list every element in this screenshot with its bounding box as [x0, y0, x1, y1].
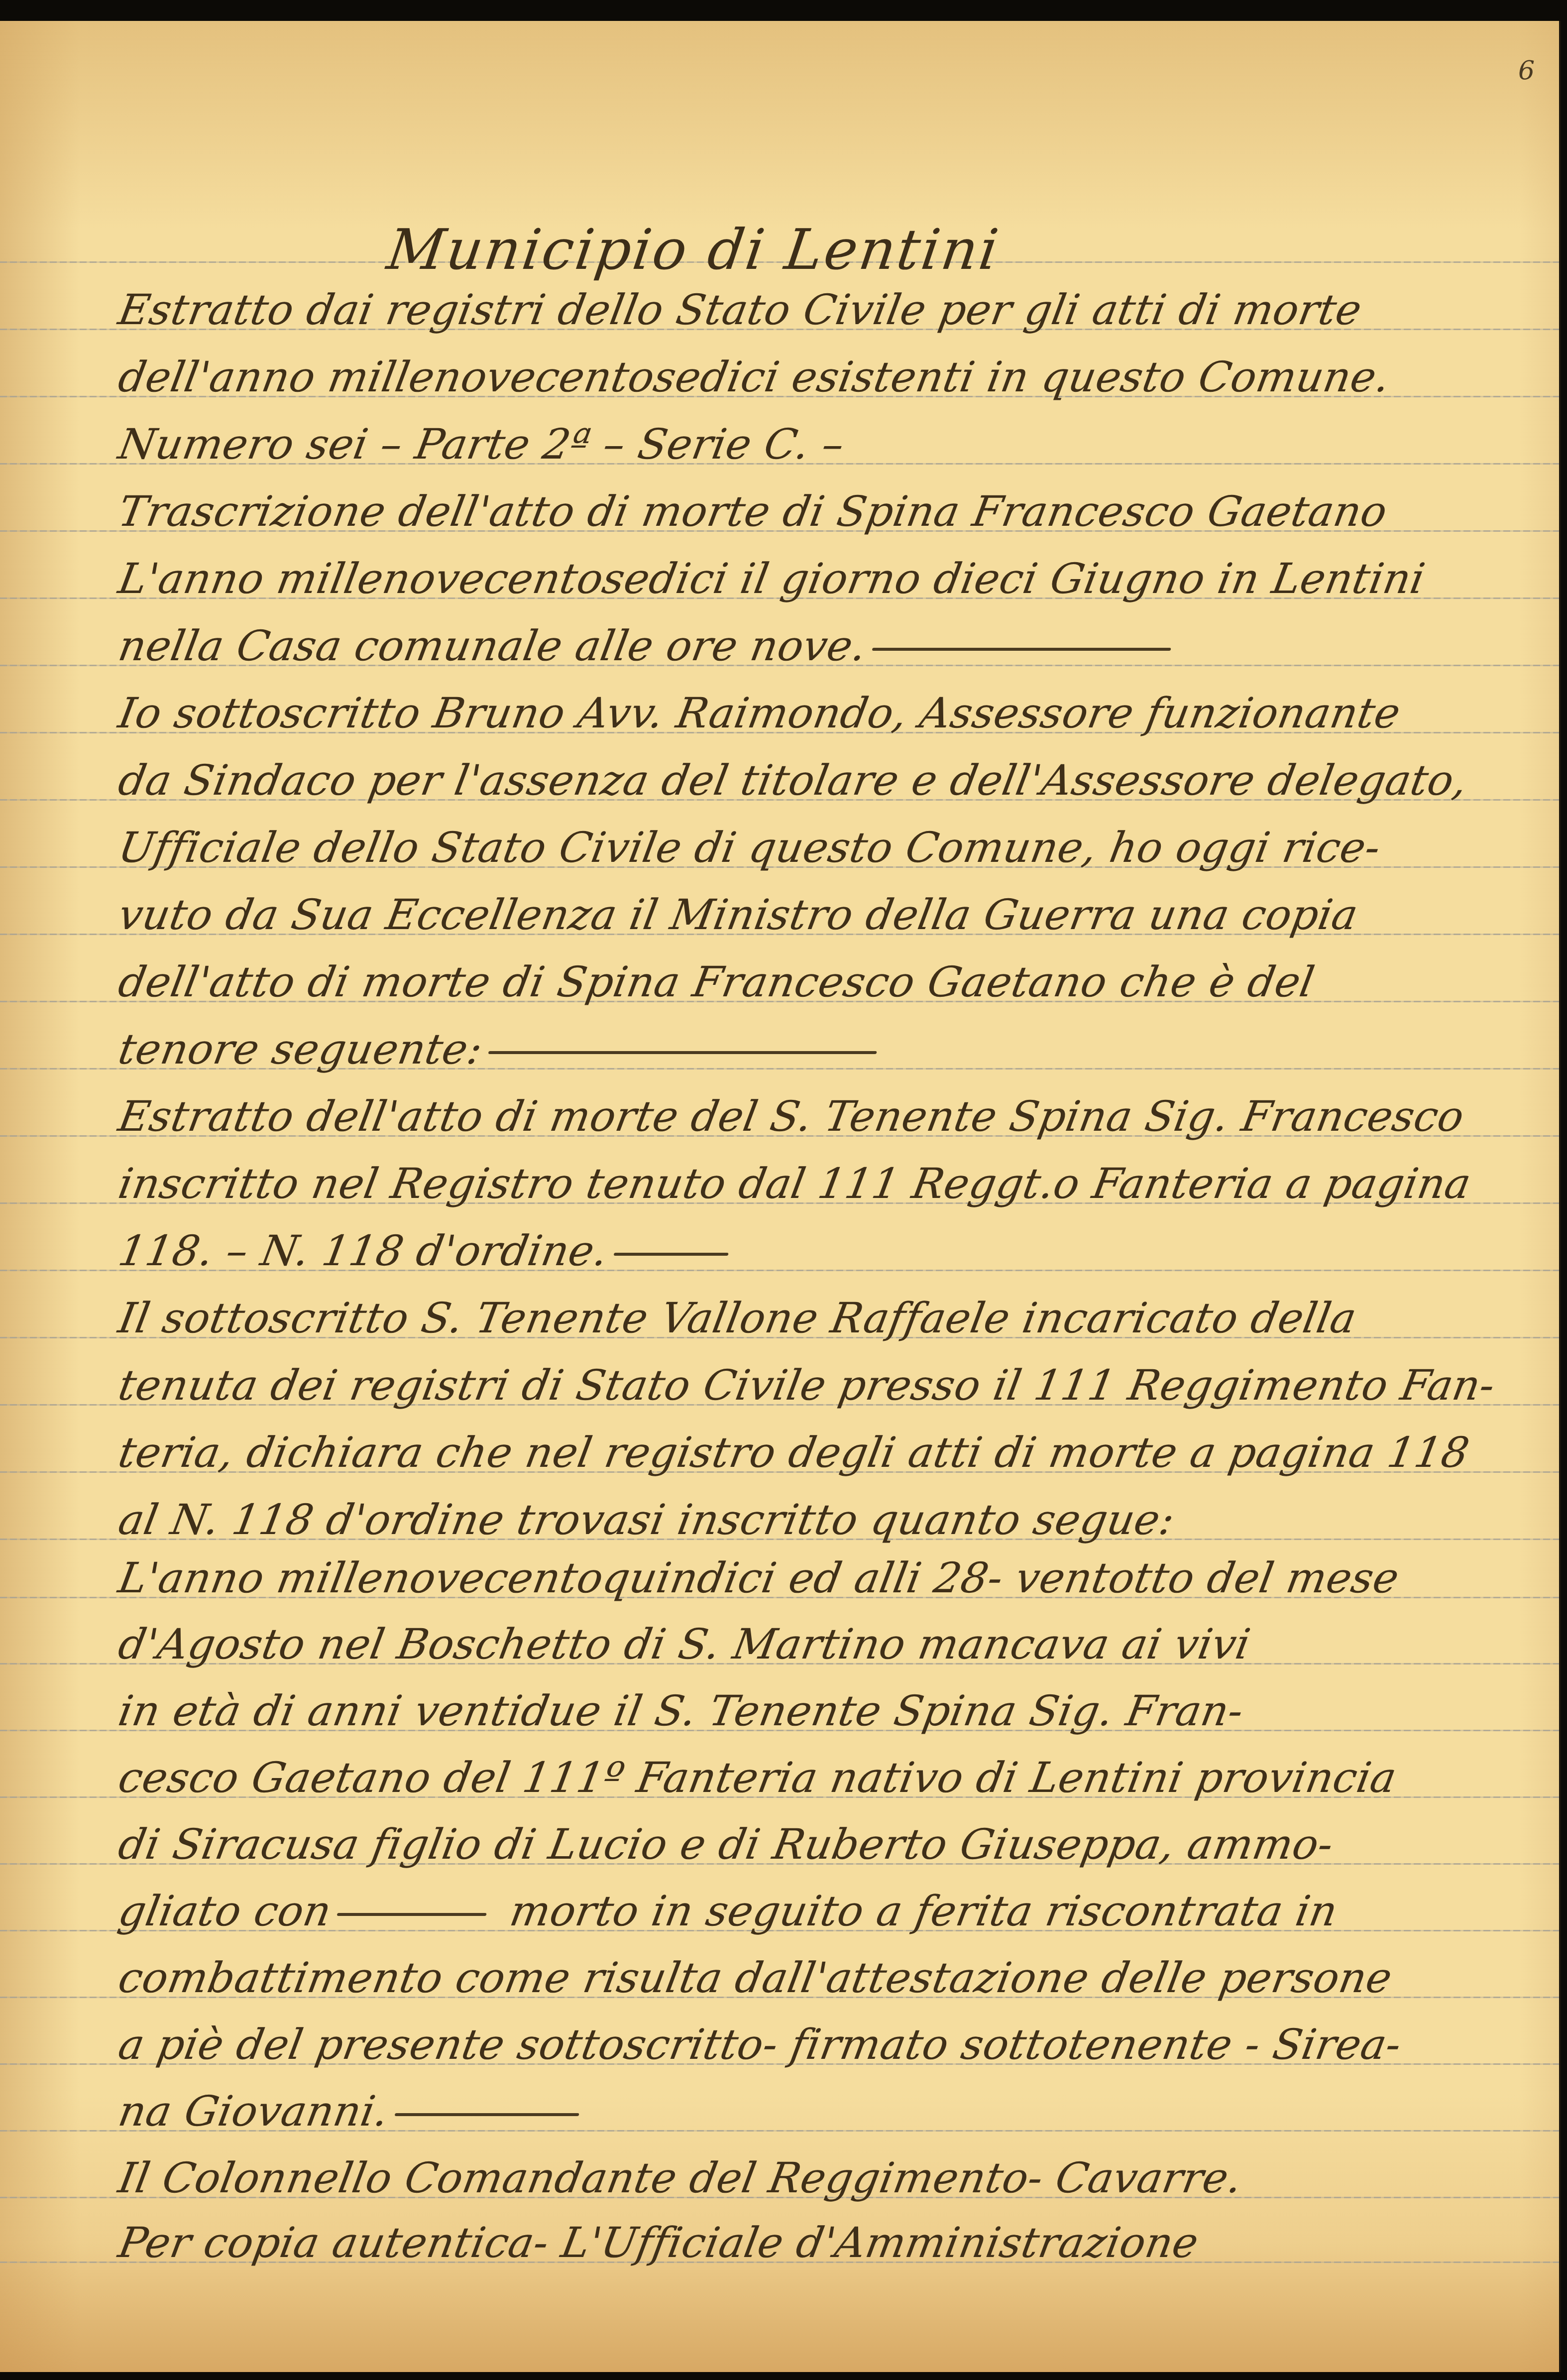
text-line: cesco Gaetano del 111º Fanteria nativo d…: [115, 1757, 1400, 1798]
text-line: na Giovanni.: [115, 2090, 583, 2132]
document-title: Municipio di Lentini: [383, 218, 1004, 282]
text-line: teria, dichiara che nel registro degli a…: [115, 1431, 1472, 1473]
text-line-content: morto in seguito a ferita riscontrata in: [506, 1887, 1341, 1935]
filler-dash: [614, 1253, 729, 1256]
text-line: Per copia autentica- L'Ufficiale d'Ammin…: [115, 2222, 1202, 2263]
text-line: Io sottoscritto Bruno Avv. Raimondo, Ass…: [115, 692, 1404, 734]
text-line: Il sottoscritto S. Tenente Vallone Raffa…: [115, 1297, 1359, 1339]
text-line: Numero sei – Parte 2ª – Serie C. –: [115, 423, 848, 465]
text-line: vuto da Sua Eccellenza il Ministro della…: [115, 894, 1361, 936]
text-line: dell'anno millenovecentosedici esistenti…: [115, 356, 1393, 398]
text-line: L'anno millenovecentoquindici ed alli 28…: [115, 1557, 1402, 1599]
text-line-content: 118. – N. 118 d'ordine.: [115, 1226, 612, 1275]
text-line: tenuta dei registri di Stato Civile pres…: [115, 1364, 1498, 1406]
text-line: dell'atto di morte di Spina Francesco Ga…: [115, 961, 1318, 1003]
text-line: d'Agosto nel Boschetto di S. Martino man…: [115, 1623, 1253, 1665]
filler-dash: [394, 2113, 579, 2116]
document-page: 6 Municipio di Lentini Estratto dai regi…: [0, 21, 1561, 2372]
text-line: di Siracusa figlio di Lucio e di Ruberto…: [115, 1823, 1337, 1865]
text-line: combattimento come risulta dall'attestaz…: [115, 1957, 1395, 1999]
text-line: L'anno millenovecentosedici il giorno di…: [115, 558, 1428, 599]
text-line: gliato con morto in seguito a ferita ris…: [115, 1890, 1341, 1932]
text-line: Trascrizione dell'atto di morte di Spina…: [115, 490, 1390, 532]
text-line: inscritto nel Registro tenuto dal 111 Re…: [115, 1163, 1474, 1204]
text-line-content: nella Casa comunale alle ore nove.: [115, 621, 871, 670]
text-line-content: na Giovanni.: [115, 2087, 393, 2136]
text-line: Estratto dai registri dello Stato Civile…: [115, 289, 1365, 331]
text-line: Ufficiale dello Stato Civile di questo C…: [115, 827, 1384, 868]
text-line-content: gliato con: [115, 1887, 336, 1935]
text-line-content: tenore seguente:: [115, 1025, 486, 1073]
filler-dash: [488, 1051, 877, 1054]
text-line: Estratto dell'atto di morte del S. Tenen…: [115, 1095, 1467, 1137]
text-line: Il Colonnello Comandante del Reggimento-…: [115, 2157, 1245, 2199]
text-line: 118. – N. 118 d'ordine.: [115, 1230, 733, 1272]
filler-dash: [872, 648, 1171, 651]
text-line: in età di anni ventidue il S. Tenente Sp…: [115, 1690, 1246, 1732]
text-line: al N. 118 d'ordine trovasi inscritto qua…: [115, 1499, 1178, 1541]
text-line: tenore seguente:: [115, 1028, 881, 1070]
text-line: nella Casa comunale alle ore nove.: [115, 625, 1175, 667]
text-line: a piè del presente sottoscritto- firmato…: [115, 2023, 1405, 2065]
blank-spouse-dash: [337, 1913, 487, 1916]
text-line: da Sindaco per l'assenza del titolare e …: [115, 759, 1471, 801]
page-number: 6: [1518, 56, 1535, 86]
